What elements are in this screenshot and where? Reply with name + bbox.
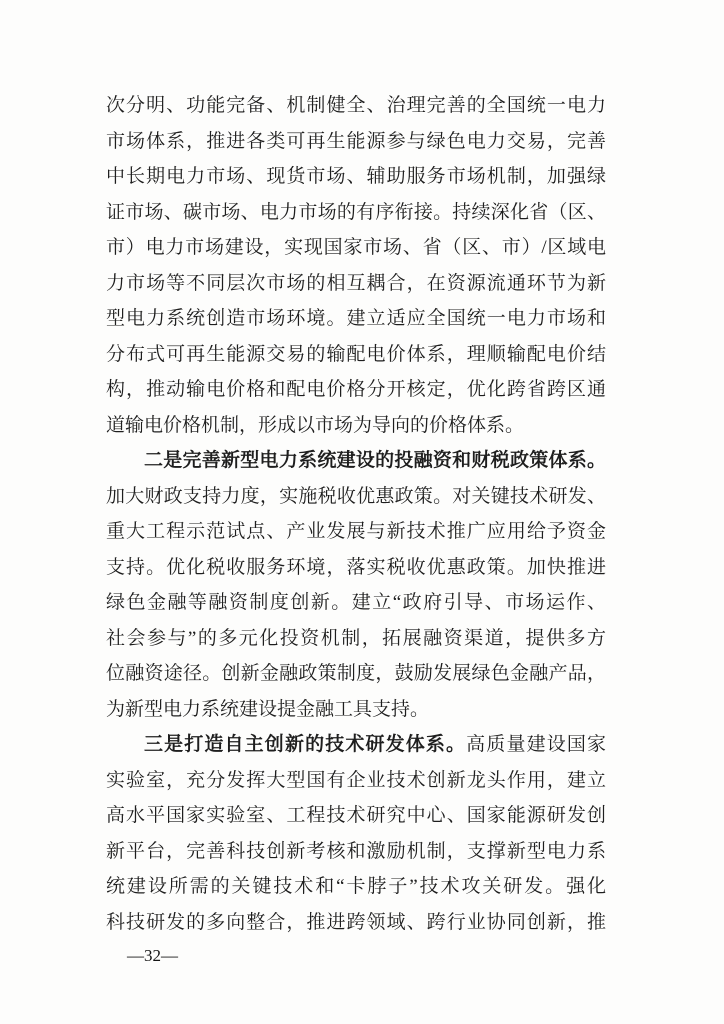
paragraph3-body-text: 高质量建设国家 xyxy=(466,734,606,755)
body-line: 统建设所需的关键技术和“卡脖子”技术攻关研发。强化 xyxy=(106,869,606,905)
body-line: 证市场、碳市场、电力市场的有序衔接。持续深化省（区、 xyxy=(106,195,606,231)
body-line: 加大财政支持力度，实施税收优惠政策。对关键技术研发、 xyxy=(106,479,606,515)
body-line: 分布式可再生能源交易的输配电价体系，理顺输配电价结 xyxy=(106,337,606,373)
body-line: 新平台，完善科技创新考核和激励机制，支撑新型电力系 xyxy=(106,834,606,870)
body-line: 力市场等不同层次市场的相互耦合，在资源流通环节为新 xyxy=(106,266,606,302)
body-line: 构，推动输电价格和配电价格分开核定，优化跨省跨区通 xyxy=(106,372,606,408)
text-block: 次分明、功能完备、机制健全、治理完善的全国统一电力 市场体系，推进各类可再生能源… xyxy=(106,88,606,940)
body-line: 次分明、功能完备、机制健全、治理完善的全国统一电力 xyxy=(106,88,606,124)
paragraph2-last-line: 为新型电力系统建设提金融工具支持。 xyxy=(106,692,606,728)
body-line: 科技研发的多向整合，推进跨领域、跨行业协同创新，推 xyxy=(106,905,606,941)
body-line: 位融资途径。创新金融政策制度，鼓励发展绿色金融产品， xyxy=(106,656,606,692)
body-line: 中长期电力市场、现货市场、辅助服务市场机制，加强绿 xyxy=(106,159,606,195)
body-line: 社会参与”的多元化投资机制，拓展融资渠道，提供多方 xyxy=(106,621,606,657)
paragraph3-heading-line: 三是打造自主创新的技术研发体系。高质量建设国家 xyxy=(106,727,606,763)
body-line: 实验室，充分发挥大型国有企业技术创新龙头作用，建立 xyxy=(106,763,606,799)
body-line: 型电力系统创造市场环境。建立适应全国统一电力市场和 xyxy=(106,301,606,337)
body-line: 市场体系，推进各类可再生能源参与绿色电力交易，完善 xyxy=(106,124,606,160)
page-number: —32— xyxy=(127,946,178,966)
paragraph1-last-line: 道输电价格机制，形成以市场为导向的价格体系。 xyxy=(106,408,606,444)
paragraph2-heading-line: 二是完善新型电力系统建设的投融资和财税政策体系。 xyxy=(106,443,606,479)
body-line: 支持。优化税收服务环境，落实税收优惠政策。加快推进 xyxy=(106,550,606,586)
body-line: 绿色金融等融资制度创新。建立“政府引导、市场运作、 xyxy=(106,585,606,621)
paragraph3-heading-text: 三是打造自主创新的技术研发体系。 xyxy=(144,734,466,755)
document-page: 次分明、功能完备、机制健全、治理完善的全国统一电力 市场体系，推进各类可再生能源… xyxy=(0,0,724,1024)
body-line: 高水平国家实验室、工程技术研究中心、国家能源研发创 xyxy=(106,798,606,834)
body-line: 市）电力市场建设，实现国家市场、省（区、市）/区域电 xyxy=(106,230,606,266)
body-line: 重大工程示范试点、产业发展与新技术推广应用给予资金 xyxy=(106,514,606,550)
